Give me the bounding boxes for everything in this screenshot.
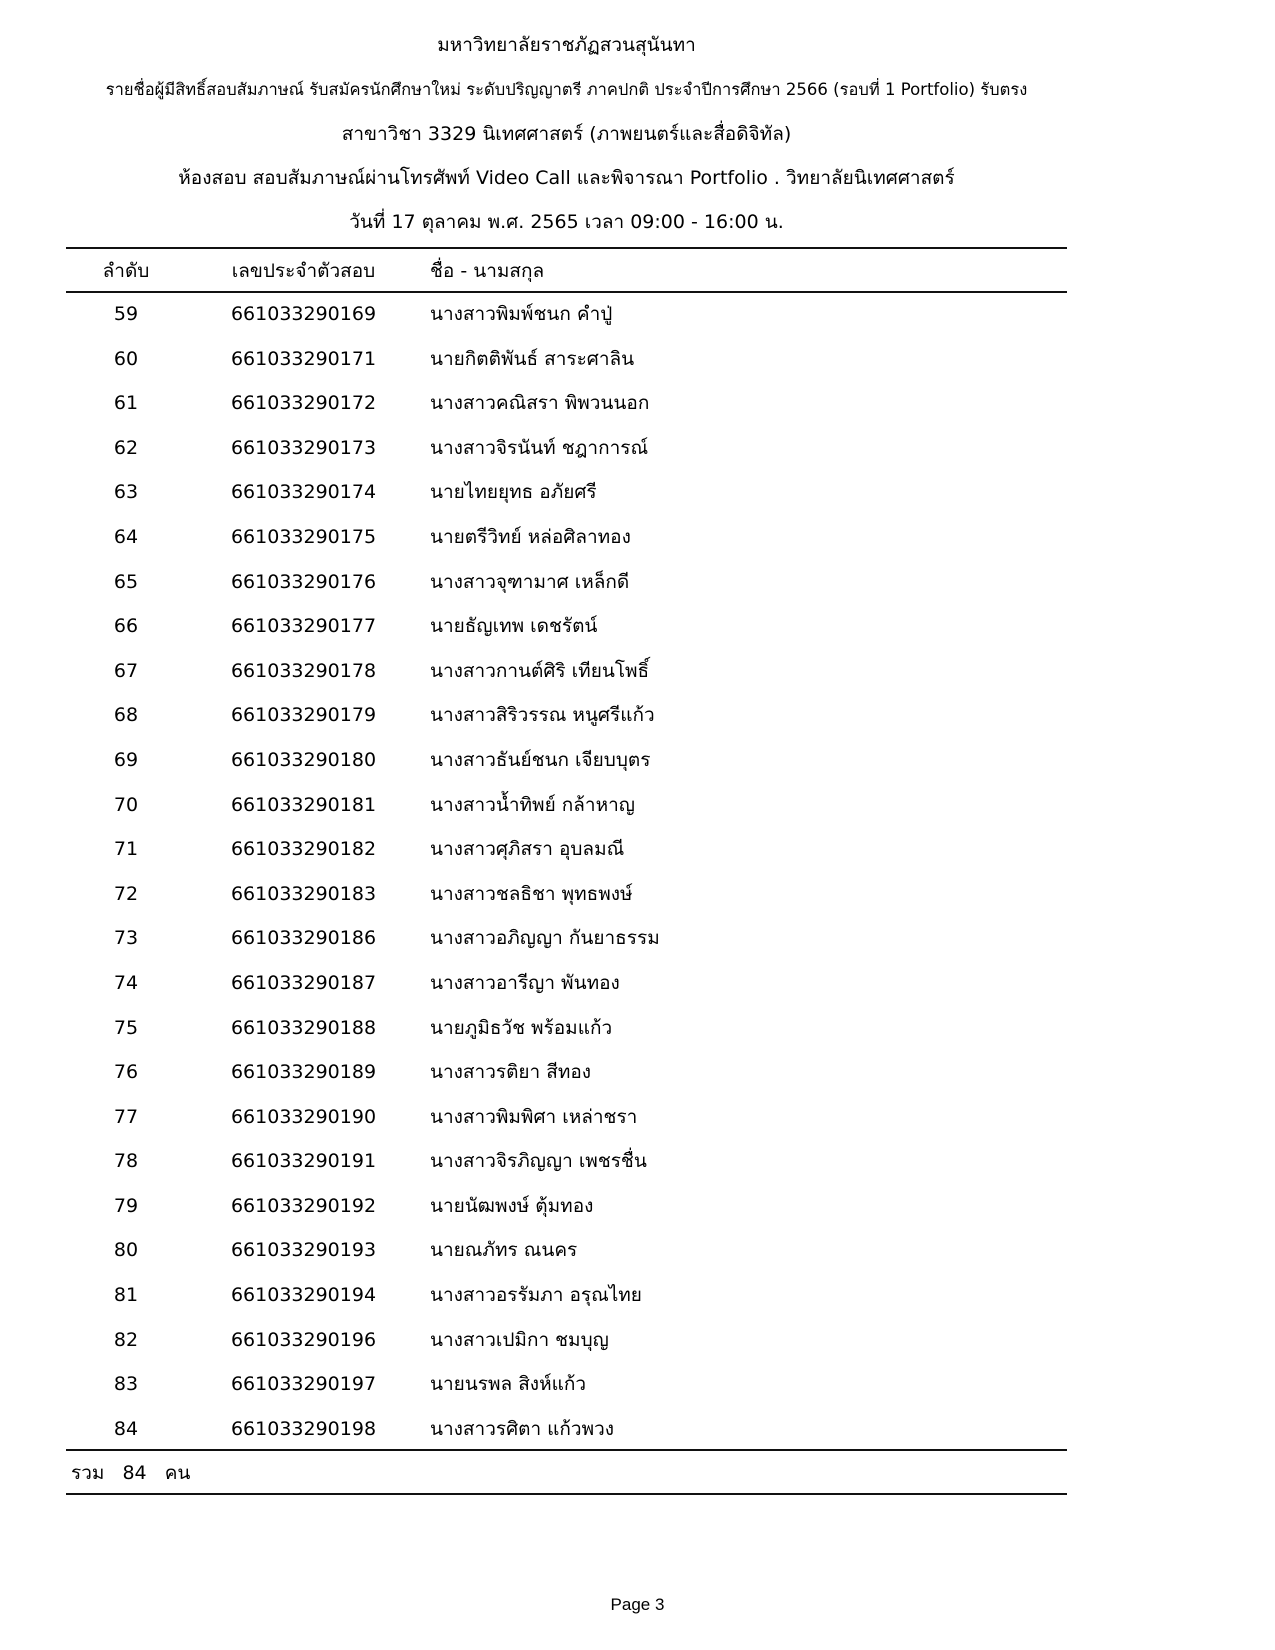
- row-number: 80: [66, 1233, 186, 1267]
- row-number: 70: [66, 788, 186, 822]
- summary-count: 84: [122, 1462, 146, 1484]
- table-row: 82661033290196นางสาวเปมิกา ชมบุญ: [66, 1323, 1067, 1368]
- row-name: นางสาวเปมิกา ชมบุญ: [430, 1323, 609, 1357]
- table-row: 60661033290171นายกิตติพันธ์ สาระศาลิน: [66, 342, 1067, 387]
- table-row: 76661033290189นางสาวรติยา สีทอง: [66, 1055, 1067, 1100]
- row-number: 81: [66, 1278, 186, 1312]
- row-number: 60: [66, 342, 186, 376]
- row-exam-id: 661033290198: [216, 1412, 391, 1446]
- university-title: มหาวิทยาลัยราชภัฏสวนสุนันทา: [66, 31, 1067, 59]
- row-number: 71: [66, 832, 186, 866]
- row-number: 72: [66, 877, 186, 911]
- table-row: 70661033290181นางสาวน้ำทิพย์ กล้าหาญ: [66, 788, 1067, 833]
- row-name: นางสาวรติยา สีทอง: [430, 1055, 591, 1089]
- row-name: นางสาวจุฑามาศ เหล็กดี: [430, 565, 629, 599]
- row-exam-id: 661033290176: [216, 565, 391, 599]
- column-header-exam-id: เลขประจำตัวสอบ: [216, 254, 391, 288]
- table-row: 71661033290182นางสาวศุภิสรา อุบลมณี: [66, 832, 1067, 877]
- table-row: 81661033290194นางสาวอรรัมภา อรุณไทย: [66, 1278, 1067, 1323]
- row-name: นางสาวชลธิชา พุทธพงษ์: [430, 877, 633, 911]
- row-number: 83: [66, 1367, 186, 1401]
- row-exam-id: 661033290175: [216, 520, 391, 554]
- row-name: นางสาวอารีญา พันทอง: [430, 966, 620, 1000]
- table-top-rule: [66, 247, 1067, 249]
- table-row: 69661033290180นางสาวธันย์ชนก เจียบบุตร: [66, 743, 1067, 788]
- exam-room-info: ห้องสอบ สอบสัมภาษณ์ผ่านโทรศัพท์ Video Ca…: [66, 164, 1067, 192]
- table-row: 67661033290178นางสาวกานต์ศิริ เทียนโพธิ์: [66, 654, 1067, 699]
- row-number: 62: [66, 431, 186, 465]
- row-number: 67: [66, 654, 186, 688]
- row-exam-id: 661033290194: [216, 1278, 391, 1312]
- row-name: นายตรีวิทย์ หล่อศิลาทอง: [430, 520, 631, 554]
- row-name: นางสาวศุภิสรา อุบลมณี: [430, 832, 624, 866]
- summary-row: รวม 84 คน: [71, 1456, 202, 1490]
- row-name: นางสาวกานต์ศิริ เทียนโพธิ์: [430, 654, 649, 688]
- table-row: 74661033290187นางสาวอารีญา พันทอง: [66, 966, 1067, 1011]
- row-exam-id: 661033290190: [216, 1100, 391, 1134]
- program-title: สาขาวิชา 3329 นิเทศศาสตร์ (ภาพยนตร์และสื…: [66, 120, 1067, 148]
- table-row: 79661033290192นายนัฒพงษ์ ตุ้มทอง: [66, 1189, 1067, 1234]
- table-row: 66661033290177นายธัญเทพ เดชรัตน์: [66, 609, 1067, 654]
- table-row: 63661033290174นายไทยยุทธ อภัยศรี: [66, 475, 1067, 520]
- column-header-number: ลำดับ: [66, 254, 186, 288]
- row-exam-id: 661033290193: [216, 1233, 391, 1267]
- row-number: 75: [66, 1011, 186, 1045]
- table-header: ลำดับ เลขประจำตัวสอบ ชื่อ - นามสกุล: [66, 254, 1067, 288]
- row-name: นายภูมิธวัช พร้อมแก้ว: [430, 1011, 612, 1045]
- page-number: Page 3: [0, 1595, 1275, 1615]
- row-exam-id: 661033290180: [216, 743, 391, 777]
- row-number: 76: [66, 1055, 186, 1089]
- row-name: นางสาวสิริวรรณ หนูศรีแก้ว: [430, 698, 655, 732]
- row-name: นางสาวจิรภิญญา เพชรชื่น: [430, 1144, 647, 1178]
- row-name: นางสาวรศิตา แก้วพวง: [430, 1412, 614, 1446]
- row-name: นางสาวอรรัมภา อรุณไทย: [430, 1278, 642, 1312]
- table-row: 78661033290191นางสาวจิรภิญญา เพชรชื่น: [66, 1144, 1067, 1189]
- row-exam-id: 661033290187: [216, 966, 391, 1000]
- table-row: 80661033290193นายณภัทร ณนคร: [66, 1233, 1067, 1278]
- row-exam-id: 661033290171: [216, 342, 391, 376]
- row-number: 84: [66, 1412, 186, 1446]
- row-number: 68: [66, 698, 186, 732]
- row-number: 63: [66, 475, 186, 509]
- table-row: 83661033290197นายนรพล สิงห์แก้ว: [66, 1367, 1067, 1412]
- row-exam-id: 661033290172: [216, 386, 391, 420]
- row-name: นางสาวธันย์ชนก เจียบบุตร: [430, 743, 650, 777]
- table-row: 59661033290169นางสาวพิมพ์ชนก คำปู่: [66, 297, 1067, 342]
- row-number: 65: [66, 565, 186, 599]
- table-header-rule: [66, 291, 1067, 293]
- table-row: 77661033290190นางสาวพิมพิศา เหล่าชรา: [66, 1100, 1067, 1145]
- table-row: 73661033290186นางสาวอภิญญา กันยาธรรม: [66, 921, 1067, 966]
- row-exam-id: 661033290181: [216, 788, 391, 822]
- table-row: 61661033290172นางสาวคณิสรา พิพวนนอก: [66, 386, 1067, 431]
- row-name: นายธัญเทพ เดชรัตน์: [430, 609, 597, 643]
- row-exam-id: 661033290192: [216, 1189, 391, 1223]
- row-number: 77: [66, 1100, 186, 1134]
- table-row: 62661033290173นางสาวจิรนันท์ ชฎาการณ์: [66, 431, 1067, 476]
- row-number: 64: [66, 520, 186, 554]
- summary-label: รวม: [71, 1462, 104, 1484]
- summary-unit: คน: [165, 1462, 191, 1484]
- row-exam-id: 661033290169: [216, 297, 391, 331]
- row-name: นางสาวคณิสรา พิพวนนอก: [430, 386, 649, 420]
- row-number: 61: [66, 386, 186, 420]
- row-exam-id: 661033290196: [216, 1323, 391, 1357]
- row-exam-id: 661033290191: [216, 1144, 391, 1178]
- row-exam-id: 661033290177: [216, 609, 391, 643]
- row-name: นางสาวจิรนันท์ ชฎาการณ์: [430, 431, 648, 465]
- row-name: นายนัฒพงษ์ ตุ้มทอง: [430, 1189, 593, 1223]
- table-row: 72661033290183นางสาวชลธิชา พุทธพงษ์: [66, 877, 1067, 922]
- table-row: 75661033290188นายภูมิธวัช พร้อมแก้ว: [66, 1011, 1067, 1056]
- summary-top-rule: [66, 1449, 1067, 1451]
- row-number: 78: [66, 1144, 186, 1178]
- row-exam-id: 661033290186: [216, 921, 391, 955]
- row-exam-id: 661033290173: [216, 431, 391, 465]
- row-name: นายไทยยุทธ อภัยศรี: [430, 475, 597, 509]
- row-number: 59: [66, 297, 186, 331]
- row-name: นางสาวพิมพิศา เหล่าชรา: [430, 1100, 637, 1134]
- row-number: 73: [66, 921, 186, 955]
- exam-date-time: วันที่ 17 ตุลาคม พ.ศ. 2565 เวลา 09:00 - …: [66, 208, 1067, 236]
- row-name: นายณภัทร ณนคร: [430, 1233, 577, 1267]
- row-exam-id: 661033290197: [216, 1367, 391, 1401]
- column-header-name: ชื่อ - นามสกุล: [430, 254, 544, 288]
- row-exam-id: 661033290182: [216, 832, 391, 866]
- row-name: นางสาวอภิญญา กันยาธรรม: [430, 921, 660, 955]
- table-body: 59661033290169นางสาวพิมพ์ชนก คำปู่606610…: [66, 297, 1067, 1456]
- row-name: นางสาวน้ำทิพย์ กล้าหาญ: [430, 788, 635, 822]
- row-exam-id: 661033290179: [216, 698, 391, 732]
- row-number: 69: [66, 743, 186, 777]
- row-exam-id: 661033290183: [216, 877, 391, 911]
- table-row: 68661033290179นางสาวสิริวรรณ หนูศรีแก้ว: [66, 698, 1067, 743]
- row-name: นางสาวพิมพ์ชนก คำปู่: [430, 297, 612, 331]
- row-exam-id: 661033290189: [216, 1055, 391, 1089]
- summary-bottom-rule: [66, 1493, 1067, 1495]
- document-subtitle: รายชื่อผู้มีสิทธิ์สอบสัมภาษณ์ รับสมัครนั…: [66, 76, 1067, 104]
- row-number: 82: [66, 1323, 186, 1357]
- row-exam-id: 661033290188: [216, 1011, 391, 1045]
- row-number: 74: [66, 966, 186, 1000]
- row-number: 79: [66, 1189, 186, 1223]
- row-exam-id: 661033290178: [216, 654, 391, 688]
- row-exam-id: 661033290174: [216, 475, 391, 509]
- table-row: 64661033290175นายตรีวิทย์ หล่อศิลาทอง: [66, 520, 1067, 565]
- row-name: นายกิตติพันธ์ สาระศาลิน: [430, 342, 634, 376]
- row-number: 66: [66, 609, 186, 643]
- table-row: 65661033290176นางสาวจุฑามาศ เหล็กดี: [66, 565, 1067, 610]
- row-name: นายนรพล สิงห์แก้ว: [430, 1367, 586, 1401]
